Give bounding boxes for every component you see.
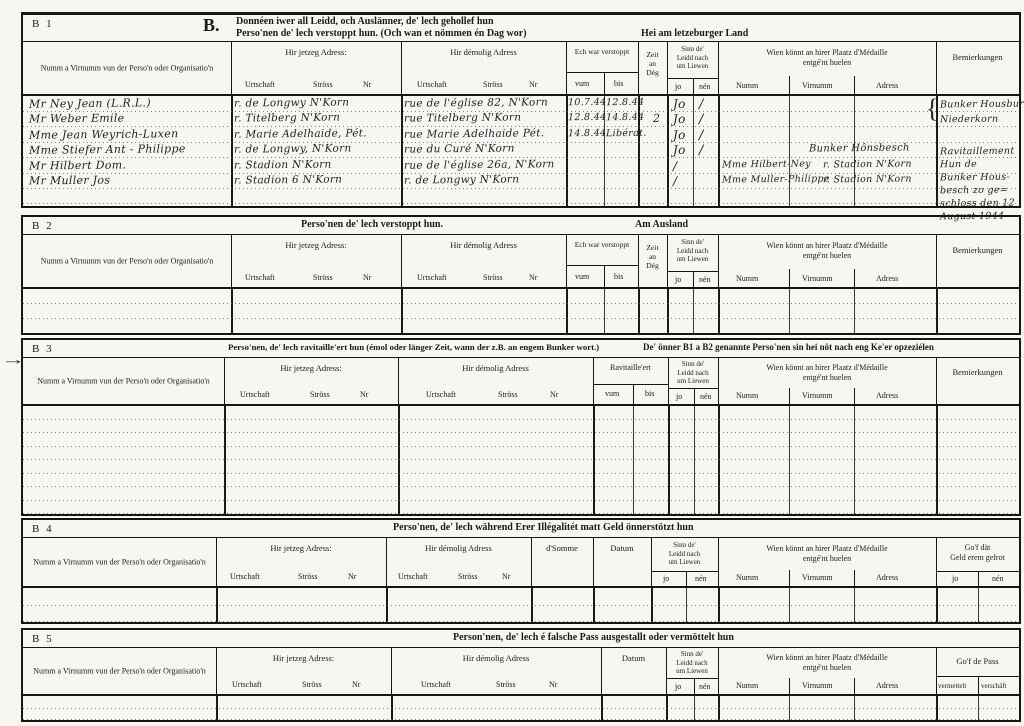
wien-label-1: Wien könnt an hirer Plaatz d'Médaille xyxy=(718,241,936,251)
vermettelt-verschaft-divider xyxy=(978,676,979,694)
handwriting-row: Mr Hilbert Dom. r. Stadion N'Korn rue de… xyxy=(23,159,1019,174)
jo-label: jo xyxy=(675,682,681,691)
header-rule xyxy=(651,571,718,572)
jo-label: jo xyxy=(952,574,958,583)
b5-section-id: B 5 xyxy=(32,633,54,645)
b1-colhead-wien: Wien könnt an hirer Plaatz d'Médaille en… xyxy=(718,42,937,94)
b1-column-headers: Numm a Virnumm vun der Perso'n oder Orga… xyxy=(23,42,1019,96)
name-column-label: Numm a Virnumm vun der Perso'n oder Orga… xyxy=(23,558,216,567)
b2-title-bar: B 2 Perso'nen de' lech verstoppt hun. Am… xyxy=(23,217,1019,235)
b3-colhead-name: Numm a Virnumm vun der Perso'n oder Orga… xyxy=(23,358,225,404)
hw-bis: 14.8.44 xyxy=(606,112,644,123)
wien-label-1: Wien könnt an hirer Plaatz d'Médaille xyxy=(718,363,936,373)
sinn-label-3: um Liewen xyxy=(667,62,718,71)
virnumm-adress-divider xyxy=(854,76,855,94)
hw-bemierkung: schloss den 12 xyxy=(940,198,1015,210)
hw-jetzeg-adress: r. Marie Adelhaide, Pét. xyxy=(234,127,367,140)
handwriting-row: Mme Stiefer Ant - Philippe r. de Longwy,… xyxy=(23,143,1019,158)
numm-label: Numm xyxy=(736,274,758,283)
numm-virnumm-divider xyxy=(789,269,790,287)
sinn-label-3: um Liewen xyxy=(651,558,718,567)
hw-jetzeg-adress: r. Stadion N'Korn xyxy=(234,158,332,171)
jo-nen-divider xyxy=(978,571,979,586)
wien-label-2: entgé'nt huelen xyxy=(718,554,936,564)
virnumm-label: Virnumm xyxy=(802,391,833,400)
wien-label-2: entgé'nt huelen xyxy=(718,251,936,261)
bis-label: bis xyxy=(645,389,654,398)
b4-colhead-demolig-adress: Hir démolig Adress Urtschaft Ströss Nr xyxy=(386,538,532,586)
b1-colhead-demolig-adress: Hir démolig Adress Urtschaft Ströss Nr xyxy=(401,42,567,94)
demolig-adress-label: Hir démolig Adress xyxy=(386,543,531,553)
jetzeg-adress-label: Hir jetzeg Adress: xyxy=(224,363,398,373)
wien-label-2: entgé'nt huelen xyxy=(718,663,936,673)
jo-label: jo xyxy=(675,275,681,284)
sinn-label-1: Sinn de' xyxy=(666,650,718,659)
jo-nen-divider xyxy=(693,271,694,287)
hw-name: Mme Stiefer Ant - Philippe xyxy=(29,142,186,157)
header-rule xyxy=(566,72,638,73)
numm-label: Numm xyxy=(736,573,758,582)
b3-title-right: De' önner B1 a B2 genannte Perso'nen sin… xyxy=(643,342,934,352)
jo-nen-divider xyxy=(686,571,687,586)
stross-label: Ströss xyxy=(483,80,503,89)
ravitailleert-label: Ravitaille'ert xyxy=(593,363,668,372)
nr-label: Nr xyxy=(529,80,537,89)
numm-label: Numm xyxy=(736,391,758,400)
vum-bis-divider xyxy=(633,384,634,404)
jo-nen-divider xyxy=(693,78,694,94)
hw-nen: / xyxy=(699,97,704,112)
hw-jetzeg-adress: r. Stadion 6 N'Korn xyxy=(234,173,342,186)
b3-data-area xyxy=(23,406,1019,514)
nen-label: nén xyxy=(992,574,1004,583)
header-rule xyxy=(668,388,718,389)
urtschaft-label: Urtschaft xyxy=(417,80,447,89)
adress-label: Adress xyxy=(876,81,898,90)
b5-colhead-gof-pass: Go'f de Pass vermettelt verschäft xyxy=(936,648,1019,694)
wien-label-2: entgé'nt huelen xyxy=(718,373,936,383)
nr-label: Nr xyxy=(529,273,537,282)
hw-jo: Jo xyxy=(673,128,686,142)
header-rule xyxy=(666,678,718,679)
name-column-label: Numm a Virnumm vun der Perso'n oder Orga… xyxy=(23,64,231,73)
sinn-label-2: Leidd nach xyxy=(651,550,718,559)
virnumm-label: Virnumm xyxy=(802,81,833,90)
hw-bis: 12.8.44 xyxy=(606,97,644,108)
zeit-label-1: Zeit xyxy=(638,50,667,59)
hw-vum: 10.7.44 xyxy=(568,97,606,108)
b1-colhead-verstoppt: Ech war verstoppt vum bis xyxy=(566,42,639,94)
b3-colhead-jetzeg-adress: Hir jetzeg Adress: Urtschaft Ströss Nr xyxy=(224,358,399,404)
section-b5: B 5 Person'nen, de' lech é falsche Pass … xyxy=(21,628,1021,722)
sinn-label-3: um Liewen xyxy=(666,667,718,676)
urtschaft-label: Urtschaft xyxy=(426,390,456,399)
datum-label: Datum xyxy=(601,653,666,663)
datum-label: Datum xyxy=(593,543,651,553)
nen-label: nén xyxy=(700,392,712,401)
b4-colhead-datum: Datum xyxy=(593,538,652,586)
virnumm-label: Virnumm xyxy=(802,274,833,283)
virnumm-adress-divider xyxy=(854,388,855,404)
b1-title-line1: Donnéen iwer all Leidd, och Auslänner, d… xyxy=(236,16,494,27)
nr-label: Nr xyxy=(363,80,371,89)
b5-colhead-wien: Wien könnt an hirer Plaatz d'Médaille en… xyxy=(718,648,937,694)
name-column-label: Numm a Virnumm vun der Perso'n oder Orga… xyxy=(23,257,231,266)
hw-bemierkung: Bunker Housbur xyxy=(940,99,1024,111)
b2-colhead-sinn: Sinn de' Leidd nach um Liewen jo nén xyxy=(667,235,719,287)
b4-colhead-somme: d'Somme xyxy=(531,538,594,586)
hw-bemierkung: besch zo ge= xyxy=(940,185,1008,197)
section-b2: B 2 Perso'nen de' lech verstoppt hun. Am… xyxy=(21,215,1021,335)
verstoppt-label: Ech war verstoppt xyxy=(566,240,638,249)
demolig-adress-label: Hir démolig Adress xyxy=(401,47,566,57)
b2-colhead-zeit: Zeit an Dég xyxy=(638,235,668,287)
hw-bemierkung: Ravitaillement xyxy=(940,146,1015,158)
b1-colhead-zeit: Zeit an Dég xyxy=(638,42,668,94)
nen-label: nén xyxy=(699,275,711,284)
verschaft-label: verschäft xyxy=(981,682,1007,690)
b5-title: Person'nen, de' lech é falsche Pass ausg… xyxy=(453,632,734,643)
vum-label: vum xyxy=(605,389,619,398)
wien-label-1: Wien könnt an hirer Plaatz d'Médaille xyxy=(718,48,936,58)
virnumm-adress-divider xyxy=(854,570,855,586)
section-b1: B 1 B. Donnéen iwer all Leidd, och Auslä… xyxy=(21,12,1021,208)
hw-jetzeg-adress: r. de Longwy N'Korn xyxy=(234,96,349,109)
bis-label: bis xyxy=(614,79,623,88)
hw-jo: Jo xyxy=(673,112,686,126)
wien-label-1: Wien könnt an hirer Plaatz d'Médaille xyxy=(718,544,936,554)
wien-label-2: entgé'nt huelen xyxy=(718,58,936,68)
hw-nen: / xyxy=(699,128,704,143)
sinn-label-2: Leidd nach xyxy=(666,659,718,668)
nr-label: Nr xyxy=(360,390,368,399)
sinn-label-2: Leidd nach xyxy=(667,247,718,256)
b3-title: Perso'nen, de' lech ravitaille'ert hun (… xyxy=(228,342,599,352)
vum-label: vum xyxy=(575,79,589,88)
hw-vum: 14.8.44 xyxy=(568,128,606,139)
gof-geld-label-2: Geld erem gefrot xyxy=(936,553,1019,563)
numm-label: Numm xyxy=(736,81,758,90)
name-column-label: Numm a Virnumm vun der Perso'n oder Orga… xyxy=(23,377,224,386)
b2-colhead-jetzeg-adress: Hir jetzeg Adress: Urtschaft Ströss Nr xyxy=(231,235,402,287)
b3-colhead-sinn: Sinn de' Leidd nach um Liewen jo nén xyxy=(668,358,719,404)
stross-label: Ströss xyxy=(498,390,518,399)
gof-pass-label: Go'f de Pass xyxy=(936,656,1019,666)
nen-label: nén xyxy=(699,682,711,691)
handwriting-row: Mr Weber Emile r. Titelberg N'Korn rue T… xyxy=(23,112,1019,127)
hw-vum: 12.8.44 xyxy=(568,112,606,123)
b2-colhead-verstoppt: Ech war verstoppt vum bis xyxy=(566,235,639,287)
zeit-label-1: Zeit xyxy=(638,243,667,252)
hw-name: Mme Jean Weyrich-Luxen xyxy=(29,127,179,142)
b5-column-headers: Numm a Virnumm vun der Perso'n oder Orga… xyxy=(23,648,1019,696)
virnumm-adress-divider xyxy=(854,269,855,287)
b3-section-id: B 3 xyxy=(32,343,54,355)
b5-colhead-demolig-adress: Hir démolig Adress Urtschaft Ströss Nr xyxy=(391,648,602,694)
adress-label: Adress xyxy=(876,573,898,582)
numm-virnumm-divider xyxy=(789,76,790,94)
jetzeg-adress-label: Hir jetzeg Adress: xyxy=(231,47,401,57)
vum-bis-divider xyxy=(604,265,605,287)
hw-jetzeg-adress: r. Titelberg N'Korn xyxy=(234,111,340,124)
b1-colhead-bemierkungen: Bemierkungen xyxy=(936,42,1019,94)
b1-big-letter: B. xyxy=(203,15,220,36)
virnumm-adress-divider xyxy=(854,678,855,694)
hw-brace: { xyxy=(926,94,938,124)
zeit-label-2: an xyxy=(638,252,667,261)
hw-name: Mr Ney Jean (L.R.L.) xyxy=(29,96,151,110)
sinn-label-1: Sinn de' xyxy=(667,45,718,54)
gof-geld-label-1: Go'f dät xyxy=(936,543,1019,553)
section-b4: B 4 Perso'nen, de' lech während Erer Ill… xyxy=(21,518,1021,624)
hw-wien-numm: Mme Muller-Philippe xyxy=(722,173,830,185)
stross-label: Ströss xyxy=(483,273,503,282)
urtschaft-label: Urtschaft xyxy=(417,273,447,282)
b1-section-id: B 1 xyxy=(32,18,54,30)
b2-title: Perso'nen de' lech verstoppt hun. xyxy=(301,219,443,230)
b2-colhead-bemierkungen: Bemierkungen xyxy=(936,235,1019,287)
b1-title-right: Hei am letzeburger Land xyxy=(641,28,748,39)
urtschaft-label: Urtschaft xyxy=(245,80,275,89)
b3-column-headers: Numm a Virnumm vun der Perso'n oder Orga… xyxy=(23,358,1019,406)
b2-data-area xyxy=(23,289,1019,333)
hw-bemierkung: Hun de xyxy=(940,159,977,170)
jetzeg-adress-label: Hir jetzeg Adress: xyxy=(216,653,391,663)
nr-label: Nr xyxy=(348,572,356,581)
b3-colhead-demolig-adress: Hir démolig Adress Urtschaft Ströss Nr xyxy=(398,358,594,404)
zeit-label-3: Dég xyxy=(638,68,667,77)
handwriting-row: Mme Jean Weyrich-Luxen r. Marie Adelhaid… xyxy=(23,128,1019,143)
jetzeg-adress-label: Hir jetzeg Adress: xyxy=(231,240,401,250)
numm-label: Numm xyxy=(736,681,758,690)
jetzeg-adress-label: Hir jetzeg Adress: xyxy=(216,543,386,553)
b3-colhead-ravitailleert: Ravitaille'ert vum bis xyxy=(593,358,669,404)
numm-virnumm-divider xyxy=(789,678,790,694)
b5-colhead-jetzeg-adress: Hir jetzeg Adress: Urtschaft Ströss Nr xyxy=(216,648,392,694)
b4-colhead-gof-geld: Go'f dät Geld erem gefrot jo nén xyxy=(936,538,1019,586)
stross-label: Ströss xyxy=(496,680,516,689)
b3-colhead-wien: Wien könnt an hirer Plaatz d'Médaille en… xyxy=(718,358,937,404)
urtschaft-label: Urtschaft xyxy=(240,390,270,399)
hw-wien-adress: r. Stadion N'Korn xyxy=(823,159,912,171)
nen-label: nén xyxy=(699,82,711,91)
hw-nen: / xyxy=(699,143,704,158)
b1-data-area: Mr Ney Jean (L.R.L.) r. de Longwy N'Korn… xyxy=(23,96,1019,206)
hw-jetzeg-adress: r. de Longwy, N'Korn xyxy=(234,142,352,155)
vum-label: vum xyxy=(575,272,589,281)
b4-section-id: B 4 xyxy=(32,523,54,535)
hw-demolig-adress: rue du Curé N'Korn xyxy=(404,142,515,155)
stross-label: Ströss xyxy=(302,680,322,689)
b5-colhead-sinn: Sinn de' Leidd nach um Liewen jo nén xyxy=(666,648,719,694)
b2-colhead-wien: Wien könnt an hirer Plaatz d'Médaille en… xyxy=(718,235,937,287)
adress-label: Adress xyxy=(876,681,898,690)
b5-data-area xyxy=(23,696,1019,720)
hw-name: Mr Weber Emile xyxy=(29,112,125,126)
sinn-label-3: um Liewen xyxy=(667,255,718,264)
hw-wien-adress: Bunker Hônsbesch xyxy=(809,142,910,154)
b1-colhead-jetzeg-adress: Hir jetzeg Adress: Urtschaft Ströss Nr xyxy=(231,42,402,94)
urtschaft-label: Urtschaft xyxy=(230,572,260,581)
adress-label: Adress xyxy=(876,274,898,283)
b2-title-right: Am Ausland xyxy=(635,219,688,230)
jo-label: jo xyxy=(663,574,669,583)
sinn-label-1: Sinn de' xyxy=(651,541,718,550)
stross-label: Ströss xyxy=(458,572,478,581)
sinn-label-1: Sinn de' xyxy=(668,360,718,369)
handwriting-row: Mr Muller Jos r. Stadion 6 N'Korn r. de … xyxy=(23,174,1019,189)
b4-colhead-sinn: Sinn de' Leidd nach um Liewen jo nén xyxy=(651,538,719,586)
sinn-label-1: Sinn de' xyxy=(667,238,718,247)
numm-virnumm-divider xyxy=(789,388,790,404)
bemierkungen-label: Bemierkungen xyxy=(936,52,1019,62)
hw-zeit: 2 xyxy=(653,112,660,125)
header-rule xyxy=(593,384,668,385)
b2-column-headers: Numm a Virnumm vun der Perso'n oder Orga… xyxy=(23,235,1019,289)
sinn-label-2: Leidd nach xyxy=(667,54,718,63)
hw-name: Mr Muller Jos xyxy=(29,174,110,188)
demolig-adress-label: Hir démolig Adress xyxy=(401,240,566,250)
header-rule xyxy=(566,265,638,266)
hw-nen: / xyxy=(699,112,704,127)
b2-colhead-name: Numm a Virnumm vun der Perso'n oder Orga… xyxy=(23,235,232,287)
urtschaft-label: Urtschaft xyxy=(421,680,451,689)
hw-demolig-adress: rue de l'église 26a, N'Korn xyxy=(404,158,555,172)
sinn-label-3: um Liewen xyxy=(668,377,718,386)
numm-virnumm-divider xyxy=(789,570,790,586)
stross-label: Ströss xyxy=(310,390,330,399)
dsomme-label: d'Somme xyxy=(531,543,593,553)
b4-colhead-name: Numm a Virnumm vun der Perso'n oder Orga… xyxy=(23,538,217,586)
adress-label: Adress xyxy=(876,391,898,400)
b5-colhead-datum: Datum xyxy=(601,648,667,694)
nen-label: nén xyxy=(695,574,707,583)
zeit-label-2: an xyxy=(638,59,667,68)
hw-demolig-adress: rue Marie Adelhaide Pét. xyxy=(404,127,544,140)
b5-title-bar: B 5 Person'nen, de' lech é falsche Pass … xyxy=(23,630,1019,648)
bemierkungen-label: Bemierkungen xyxy=(936,245,1019,255)
handwriting-row: Mr Ney Jean (L.R.L.) r. de Longwy N'Korn… xyxy=(23,97,1019,112)
b3-title-bar: B 3 Perso'nen, de' lech ravitaille'ert h… xyxy=(23,340,1019,358)
nr-label: Nr xyxy=(352,680,360,689)
b3-colhead-bemierkungen: Bemierkungen xyxy=(936,358,1019,404)
b1-colhead-name: Numm a Virnumm vun der Perso'n oder Orga… xyxy=(23,42,232,94)
hw-jo: / xyxy=(673,159,677,173)
jo-nen-divider xyxy=(694,388,695,404)
jo-label: jo xyxy=(675,82,681,91)
stross-label: Ströss xyxy=(313,273,333,282)
urtschaft-label: Urtschaft xyxy=(232,680,262,689)
nr-label: Nr xyxy=(550,390,558,399)
stross-label: Ströss xyxy=(298,572,318,581)
sinn-label-2: Leidd nach xyxy=(668,369,718,378)
b4-colhead-jetzeg-adress: Hir jetzeg Adress: Urtschaft Ströss Nr xyxy=(216,538,387,586)
b1-colhead-sinn: Sinn de' Leidd nach um Liewen jo nén xyxy=(667,42,719,94)
demolig-adress-label: Hir démolig Adress xyxy=(391,653,601,663)
hw-jo: / xyxy=(673,174,677,188)
jo-nen-divider xyxy=(694,678,695,694)
b1-title-bar: B 1 B. Donnéen iwer all Leidd, och Auslä… xyxy=(23,15,1019,42)
b4-colhead-wien: Wien könnt an hirer Plaatz d'Médaille en… xyxy=(718,538,937,586)
b2-colhead-demolig-adress: Hir démolig Adress Urtschaft Ströss Nr xyxy=(401,235,567,287)
urtschaft-label: Urtschaft xyxy=(245,273,275,282)
zeit-label-3: Dég xyxy=(638,261,667,270)
b1-title-line2: Perso'nen de' lech verstoppt hun. (Och w… xyxy=(236,28,527,39)
vum-bis-divider xyxy=(604,72,605,94)
vermettelt-label: vermettelt xyxy=(938,682,966,690)
hw-jo: Jo xyxy=(673,97,686,111)
hw-wien-adress: r. Stadion N'Korn xyxy=(823,174,912,186)
hw-bis: Libérat. xyxy=(606,128,647,139)
scanned-form-page: → B 1 B. Donnéen iwer all Leidd, och Aus… xyxy=(0,0,1024,726)
nr-label: Nr xyxy=(549,680,557,689)
name-column-label: Numm a Virnumm vun der Perso'n oder Orga… xyxy=(23,667,216,676)
hw-demolig-adress: rue Titelberg N'Korn xyxy=(404,111,521,124)
virnumm-label: Virnumm xyxy=(802,573,833,582)
b4-column-headers: Numm a Virnumm vun der Perso'n oder Orga… xyxy=(23,538,1019,588)
jo-label: jo xyxy=(676,392,682,401)
hw-bemierkung: Bunker Hous- xyxy=(940,172,1010,184)
demolig-adress-label: Hir démolig Adress xyxy=(398,363,593,373)
hw-name: Mr Hilbert Dom. xyxy=(29,158,126,172)
b4-data-area xyxy=(23,588,1019,622)
virnumm-label: Virnumm xyxy=(802,681,833,690)
b5-colhead-name: Numm a Virnumm vun der Perso'n oder Orga… xyxy=(23,648,217,694)
nr-label: Nr xyxy=(502,572,510,581)
stross-label: Ströss xyxy=(313,80,333,89)
b4-title-bar: B 4 Perso'nen, de' lech während Erer Ill… xyxy=(23,520,1019,538)
hw-demolig-adress: rue de l'église 82, N'Korn xyxy=(404,96,548,110)
section-b3: B 3 Perso'nen, de' lech ravitaille'ert h… xyxy=(21,338,1021,516)
wien-label-1: Wien könnt an hirer Plaatz d'Médaille xyxy=(718,653,936,663)
verstoppt-label: Ech war verstoppt xyxy=(566,47,638,56)
hw-demolig-adress: r. de Longwy N'Korn xyxy=(404,173,519,186)
bemierkungen-label: Bemierkungen xyxy=(936,367,1019,377)
b2-section-id: B 2 xyxy=(32,220,54,232)
nr-label: Nr xyxy=(363,273,371,282)
hw-jo: Jo xyxy=(673,143,686,157)
bis-label: bis xyxy=(614,272,623,281)
urtschaft-label: Urtschaft xyxy=(398,572,428,581)
b4-title: Perso'nen, de' lech während Erer Illégal… xyxy=(393,522,694,533)
hw-bemierkung: Niederkorn xyxy=(940,114,998,126)
hw-wien-numm: Mme Hilbert-Ney xyxy=(722,159,811,171)
